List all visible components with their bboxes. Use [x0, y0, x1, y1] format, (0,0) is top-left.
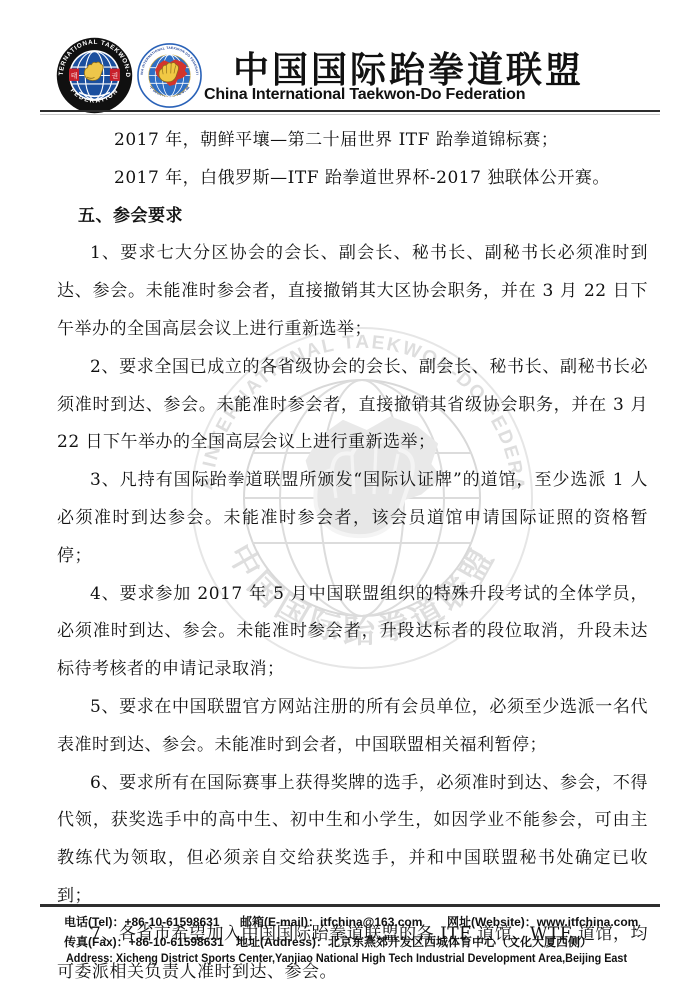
event-line: 2017 年，朝鲜平壤—第二十届世界 ITF 跆拳道锦标赛；	[57, 122, 648, 160]
requirement-item-4: 4、要求参加 2017 年 5 月中国联盟组织的特殊升段考试的全体学员，必须准时…	[57, 576, 648, 689]
event-line: 2017 年，白俄罗斯—ITF 跆拳道世界杯-2017 独联体公开赛。	[57, 160, 648, 198]
itf-korean-left: 태	[71, 71, 78, 80]
section-heading: 五、参会要求	[57, 198, 648, 236]
footer-telephone: 电话(Tel)：+86-10-61598631	[64, 913, 220, 930]
footer-address-chinese: 地址(Address)：北京东燕郊开发区西城体育中心（文化大厦西侧）	[236, 933, 592, 950]
requirement-item-3: 3、凡持有国际跆拳道联盟所颁发“国际认证牌”的道馆，至少选派 1 人必须准时到达…	[57, 462, 648, 575]
footer-contact-block: 电话(Tel)：+86-10-61598631 邮箱(E-mail)：itfch…	[40, 909, 680, 981]
footer-fax: 传真(Fax)：+86-10-61598631	[64, 933, 224, 950]
requirement-item-1: 1、要求七大分区协会的会长、副会长、秘书长、副秘书长必须准时到达、参会。未能准时…	[57, 235, 648, 348]
organization-subtitle-en: China International Taekwon-Do Federatio…	[204, 86, 525, 104]
requirement-item-6: 6、要求所有在国际赛事上获得奖牌的选手，必须准时到达、参会，不得代领，获奖选手中…	[57, 765, 648, 916]
itf-korean-right: 권	[112, 71, 119, 80]
document-body: 2017 年，朝鲜平壤—第二十届世界 ITF 跆拳道锦标赛； 2017 年，白俄…	[57, 122, 648, 990]
requirement-item-2: 2、要求全国已成立的各省级协会的会长、副会长、秘书长、副秘书长必须准时到达、参会…	[57, 349, 648, 462]
footer-website: 网址(Website)：www.itfchina.com	[447, 913, 638, 930]
requirement-item-5: 5、要求在中国联盟官方网站注册的所有会员单位，必须至少选派一名代表准时到达、参会…	[57, 689, 648, 765]
document-page: INTERNATIONAL TAEKWON-DO FEDERATION 태 권	[0, 0, 700, 990]
footer-email: 邮箱(E-mail)：itfchina@163.com	[240, 913, 422, 930]
footer-address-english: Address: Xicheng District Sports Center,…	[66, 953, 627, 965]
citf-china-logo-icon: CHINA INTERNATIONAL TAEKWON-DO FEDERATIO…	[137, 43, 202, 108]
header-divider	[40, 110, 660, 115]
itf-federation-logo-icon: INTERNATIONAL TAEKWON-DO FEDERATION 태 권	[56, 37, 133, 114]
